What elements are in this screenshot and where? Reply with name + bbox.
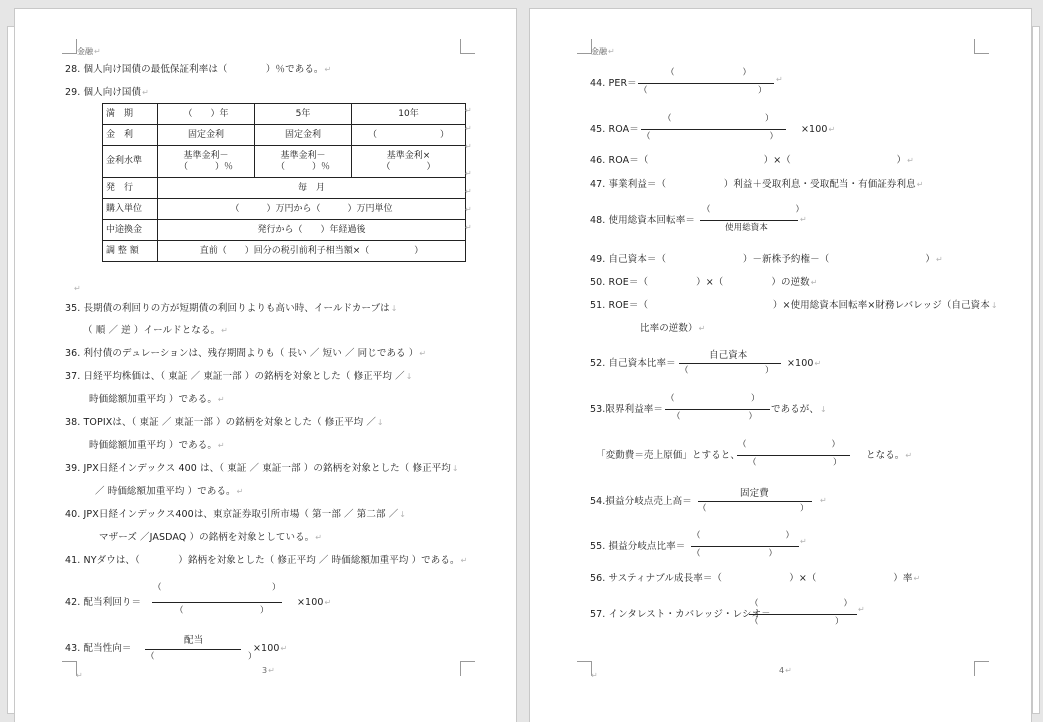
- page-number: 4↵: [779, 666, 792, 675]
- vertical-scrollbar[interactable]: [1032, 26, 1040, 714]
- table-cell-merged: 発行から（ ）年経過後: [158, 220, 466, 241]
- table-cell: 固定金利: [255, 125, 352, 146]
- question-47: 47. 事業利益＝（ ）利益＋受取利息・受取配当・有価証券利息↵: [590, 179, 924, 191]
- paragraph-mark: ↵: [820, 496, 827, 505]
- table-row-rate-level: 金利水準 基準金利－ （ ）％ 基準金利－ （ ）％ 基準金利× （ ）: [103, 146, 466, 178]
- header-label: 金融↵: [591, 46, 615, 57]
- question-37-line1: 37. 日経平均株価は、（ 東証 ／ 東証一部 ）の銘柄を対象とした（ 修正平均…: [65, 371, 413, 383]
- denominator: （ ）: [639, 84, 767, 96]
- table-row-rate: 金 利 固定金利 固定金利 （ ）: [103, 125, 466, 146]
- question-51-line2: 比率の逆数）↵: [640, 323, 705, 335]
- crop-mark-bottom-right: [460, 661, 475, 676]
- question-35-line1: 35. 長期債の利回りの方が短期債の利回りよりも高い時、イールドカーブは↓: [65, 303, 398, 315]
- table-cell: 基準金利－ （ ）％: [255, 146, 352, 178]
- question-38-line1: 38. TOPIXは、（ 東証 ／ 東証一部 ）の銘柄を対象とした（ 修正平均 …: [65, 417, 384, 429]
- question-36: 36. 利付債のデュレーションは、残存期間よりも（ 長い ／ 短い ／ 同じであ…: [65, 348, 426, 360]
- formula-label: 「変動費＝売上原価」とすると、: [596, 450, 740, 462]
- denominator: （ ）: [680, 364, 774, 376]
- multiplier: ×100↵: [801, 124, 835, 136]
- row-header: 調 整 額: [103, 241, 158, 262]
- formula-label: 48. 使用総資本回転率＝: [590, 215, 695, 227]
- numerator: 固定費: [740, 488, 769, 500]
- question-50: 50. ROE＝（ ）×（ ）の逆数↵: [590, 277, 818, 289]
- denominator: （ ）: [750, 615, 844, 627]
- denominator: （ ）: [146, 650, 257, 662]
- question-29: 29. 個人向け国債↵: [65, 87, 149, 99]
- previous-page-edge: [7, 26, 14, 714]
- question-40-line2: マザーズ ／JASDAQ ）の銘柄を対象としている。↵: [99, 532, 322, 544]
- denominator: 使用総資本: [725, 222, 768, 234]
- numerator: （ ）: [663, 112, 774, 124]
- table-cell: 基準金利－ （ ）％: [158, 146, 255, 178]
- table-cell: （ ）年: [158, 104, 255, 125]
- table-cell-merged: （ ）万円から（ ）万円単位: [158, 199, 466, 220]
- numerator: （ ）: [750, 597, 852, 609]
- row-header: 中途換金: [103, 220, 158, 241]
- table-row-maturity: 満 期 （ ）年 5年 10年: [103, 104, 466, 125]
- question-39-line2: ／ 時価総額加重平均 ）である。↵: [95, 486, 243, 498]
- table-cell: 5年: [255, 104, 352, 125]
- table-row-issue: 発 行 毎 月: [103, 178, 466, 199]
- question-28: 28. 個人向け国債の最低保証利率は（ ）％である。↵: [65, 64, 331, 76]
- numerator: （ ）: [692, 529, 794, 541]
- numerator: （ ）: [153, 581, 281, 593]
- crop-mark-bottom-left: [577, 661, 592, 676]
- question-41: 41. NYダウは、（ ）銘柄を対象とした（ 修正平均 ／ 時価総額加重平均 ）…: [65, 555, 467, 567]
- table-row-redemption: 中途換金 発行から（ ）年経過後: [103, 220, 466, 241]
- table-cell: （ ）: [352, 125, 466, 146]
- paragraph-mark: ↵: [776, 75, 783, 84]
- denominator: （ ）: [748, 456, 842, 468]
- row-end-marks: ↵↵↵↵↵↵↵: [465, 106, 472, 232]
- table-cell-merged: 毎 月: [158, 178, 466, 199]
- formula-label: 45. ROA＝: [590, 124, 639, 136]
- paragraph-mark: ↵: [800, 537, 807, 546]
- numerator: 配当: [184, 635, 203, 647]
- paragraph-mark: ↵: [591, 671, 598, 680]
- page-3: 金融↵ 28. 個人向け国債の最低保証利率は（ ）％である。↵ 29. 個人向け…: [14, 8, 517, 722]
- formula-label: 57. インタレスト・カバレッジ・レシオ＝: [590, 609, 771, 621]
- crop-mark-bottom-left: [62, 661, 77, 676]
- multiplier: ×100↵: [297, 597, 331, 609]
- row-header: 満 期: [103, 104, 158, 125]
- formula-suffix: となる。↵: [866, 450, 912, 462]
- numerator: （ ）: [738, 438, 840, 450]
- row-header: 金 利: [103, 125, 158, 146]
- question-46: 46. ROA＝（ ）×（ ）↵: [590, 155, 914, 167]
- numerator: （ ）: [666, 66, 751, 78]
- question-39-line1: 39. JPX日経インデックス 400 は、（ 東証 ／ 東証一部 ）の銘柄を対…: [65, 463, 459, 475]
- crop-mark-top-left: [62, 39, 77, 54]
- table-cell: 基準金利× （ ）: [352, 146, 466, 178]
- formula-label: 53.限界利益率＝: [590, 404, 663, 416]
- question-37-line2: 時価総額加重平均 ）である。↵: [89, 394, 225, 406]
- table-row-adjustment: 調 整 額 直前（ ）回分の税引前利子相当額×（ ）: [103, 241, 466, 262]
- denominator: （ ）: [642, 130, 778, 142]
- table-cell: 固定金利: [158, 125, 255, 146]
- denominator: （ ）: [175, 604, 269, 616]
- paragraph-mark: ↵: [76, 671, 83, 680]
- numerator: （ ）: [666, 392, 760, 404]
- numerator: 自己資本: [709, 350, 747, 362]
- paragraph-mark: ↵: [858, 605, 865, 614]
- crop-mark-top-left: [577, 39, 592, 54]
- header-label: 金融↵: [77, 46, 101, 57]
- formula-label: 44. PER＝: [590, 78, 637, 90]
- multiplier: ×100↵: [787, 358, 821, 370]
- question-51-line1: 51. ROE＝（ ）×使用総資本回転率×財務レバレッジ（自己資本↓: [590, 300, 998, 312]
- question-38-line2: 時価総額加重平均 ）である。↵: [89, 440, 225, 452]
- question-56: 56. サスティナブル成長率＝（ ）×（ ）率↵: [590, 573, 920, 585]
- formula-label: 54.損益分岐点売上高＝: [590, 496, 692, 508]
- formula-label: 43. 配当性向＝: [65, 643, 132, 655]
- bond-table: 満 期 （ ）年 5年 10年 金 利 固定金利 固定金利 （ ） 金利水準 基…: [102, 103, 466, 262]
- table-cell: 10年: [352, 104, 466, 125]
- question-49: 49. 自己資本＝（ ）－新株予約権－（ ）↵: [590, 254, 943, 266]
- question-40-line1: 40. JPX日経インデックス400は、東京証券取引所市場（ 第一部 ／ 第二部…: [65, 509, 406, 521]
- denominator: （ ）: [698, 502, 809, 514]
- row-header: 購入単位: [103, 199, 158, 220]
- multiplier: ×100↵: [253, 643, 287, 655]
- denominator: （ ）: [692, 547, 777, 559]
- numerator: （ ）: [702, 203, 804, 215]
- table-cell-merged: 直前（ ）回分の税引前利子相当額×（ ）: [158, 241, 466, 262]
- question-35-line2: （ 順 ／ 逆 ）イールドとなる。↵: [83, 325, 228, 337]
- paragraph-mark: ↵: [74, 284, 81, 293]
- fraction-line: [700, 220, 798, 221]
- crop-mark-bottom-right: [974, 661, 989, 676]
- page-number: 3↵: [262, 666, 275, 675]
- table-row-purchase-unit: 購入単位 （ ）万円から（ ）万円単位: [103, 199, 466, 220]
- formula-label: 52. 自己資本比率＝: [590, 358, 676, 370]
- crop-mark-top-right: [460, 39, 475, 54]
- paragraph-mark: ↵: [800, 215, 807, 224]
- row-header: 発 行: [103, 178, 158, 199]
- formula-label: 42. 配当利回り＝: [65, 597, 141, 609]
- denominator: （ ）: [672, 410, 757, 422]
- fraction-line: [152, 602, 282, 603]
- page-4: 金融↵ 44. PER＝ （ ） （ ） ↵ 45. ROA＝ （ ） （ ） …: [529, 8, 1032, 722]
- formula-label: 55. 損益分岐点比率＝: [590, 541, 685, 553]
- formula-suffix: であるが、↓: [771, 404, 827, 416]
- crop-mark-top-right: [974, 39, 989, 54]
- row-header: 金利水準: [103, 146, 158, 178]
